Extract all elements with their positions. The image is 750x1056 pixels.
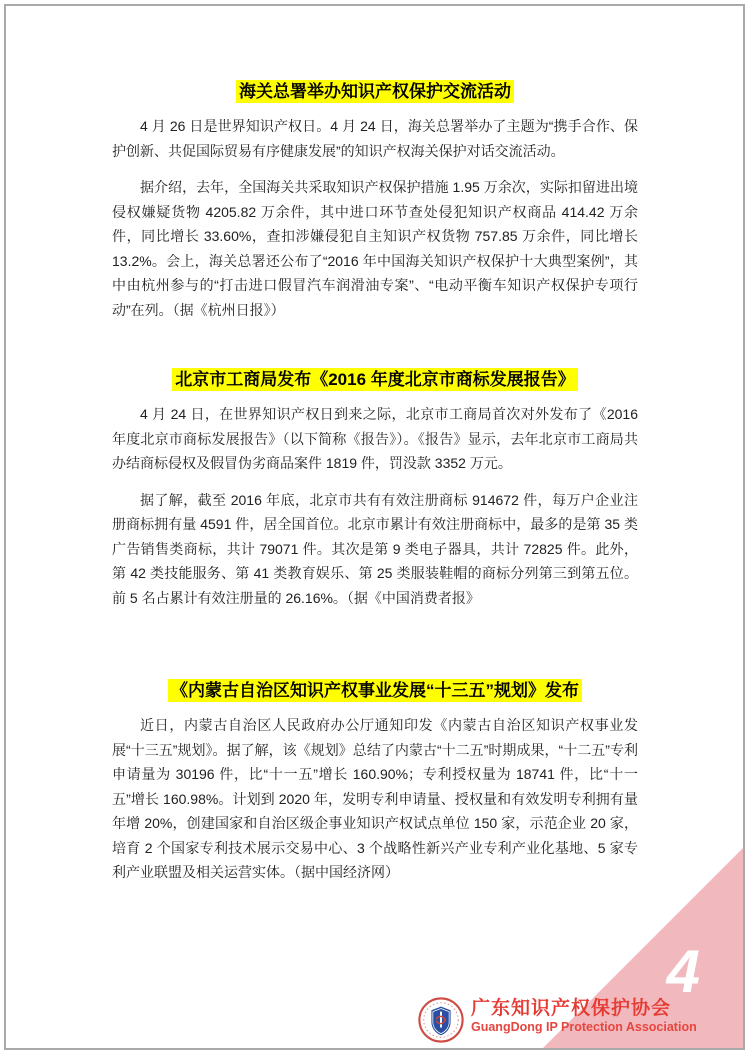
article-title: 《内蒙古自治区知识产权事业发展“十三五”规划》发布 <box>168 679 582 702</box>
article-title: 北京市工商局发布《2016 年度北京市商标发展报告》 <box>172 368 578 391</box>
footer-organization: 广东知识产权保护协会 GuangDong IP Protection Assoc… <box>471 998 681 1035</box>
article-paragraph: 4 月 24 日，在世界知识产权日到来之际，北京市工商局首次对外发布了《2016… <box>112 402 638 476</box>
article-paragraph: 据了解，截至 2016 年底，北京市共有有效注册商标 914672 件，每万户企… <box>112 488 638 611</box>
gdipa-logo-icon <box>417 996 465 1044</box>
article-paragraph: 据介绍，去年，全国海关共采取知识产权保护措施 1.95 万余次，实际扣留进出境侵… <box>112 175 638 322</box>
org-name-cn: 广东知识产权保护协会 <box>471 998 681 1020</box>
org-name-en: GuangDong IP Protection Association <box>471 1020 681 1035</box>
article-title-row: 北京市工商局发布《2016 年度北京市商标发展报告》 <box>112 368 638 391</box>
page-number: 4 <box>667 942 700 1002</box>
article-paragraph: 近日，内蒙古自治区人民政府办公厅通知印发《内蒙古自治区知识产权事业发展“十三五”… <box>112 713 638 885</box>
article-title-row: 《内蒙古自治区知识产权事业发展“十三五”规划》发布 <box>112 679 638 702</box>
article-title: 海关总署举办知识产权保护交流活动 <box>236 80 514 103</box>
article-title-row: 海关总署举办知识产权保护交流活动 <box>112 80 638 103</box>
article-beijing-trademark-report: 北京市工商局发布《2016 年度北京市商标发展报告》 4 月 24 日，在世界知… <box>112 368 638 622</box>
article-neimenggu-plan: 《内蒙古自治区知识产权事业发展“十三五”规划》发布 近日，内蒙古自治区人民政府办… <box>112 679 638 897</box>
article-paragraph: 4 月 26 日是世界知识产权日。4 月 24 日，海关总署举办了主题为“携手合… <box>112 114 638 163</box>
article-customs: 海关总署举办知识产权保护交流活动 4 月 26 日是世界知识产权日。4 月 24… <box>112 80 638 334</box>
